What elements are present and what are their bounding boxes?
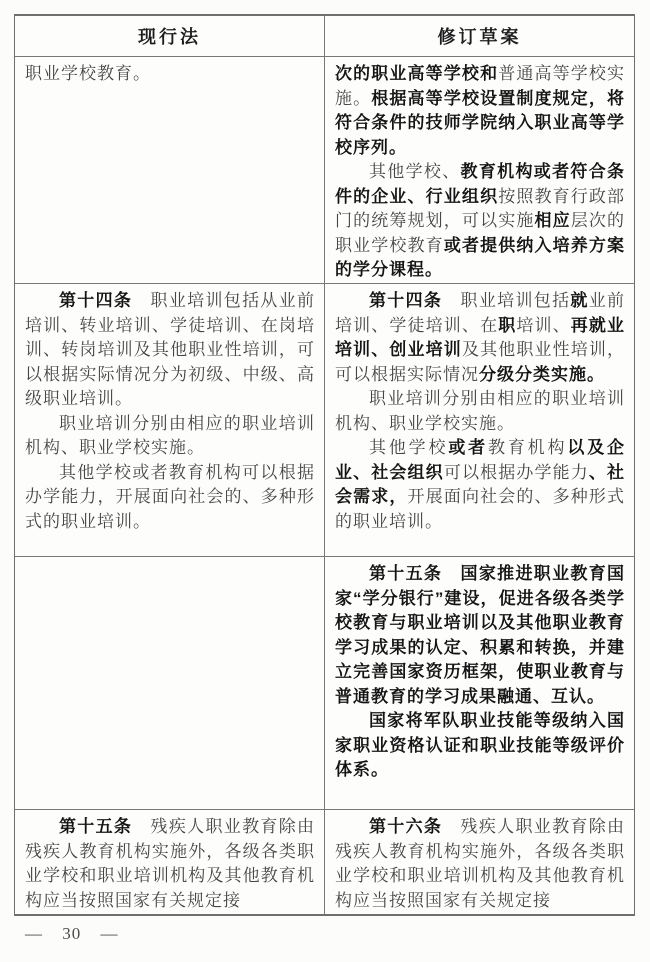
- table-row: 职业学校教育。次的职业高等学校和普通高等学校实施。根据高等学校设置制度规定，将符…: [15, 57, 634, 284]
- cell-current-law: 第十四条 职业培训包括从业前培训、转业培训、学徒培训、在岗培训、转岗培训及其他职…: [15, 284, 325, 556]
- text-segment: 培训、: [516, 316, 570, 335]
- text-segment: 教育机构: [488, 438, 567, 457]
- paragraph: 次的职业高等学校和普通高等学校实施。根据高等学校设置制度规定，将符合条件的技师学…: [335, 62, 625, 160]
- revised-text-segment: 职: [498, 316, 516, 335]
- document-page: 现行法 修订草案 职业学校教育。次的职业高等学校和普通高等学校实施。根据高等学校…: [0, 0, 650, 962]
- revised-text-segment: 相应: [534, 211, 570, 230]
- table-body: 职业学校教育。次的职业高等学校和普通高等学校实施。根据高等学校设置制度规定，将符…: [15, 57, 634, 914]
- table-row: 第十五条 国家推进职业教育国家“学分银行”建设，促进各级各类学校教育与职业培训以…: [15, 557, 634, 810]
- paragraph: 职业学校教育。: [25, 62, 315, 87]
- paragraph: 职业培训分别由相应的职业培训机构、职业学校实施。: [25, 412, 315, 461]
- text-segment: 职业培训分别由相应的职业培训机构、职业学校实施。: [25, 414, 315, 458]
- text-segment: 其他学校: [369, 438, 448, 457]
- paragraph: 第十四条 职业培训包括从业前培训、转业培训、学徒培训、在岗培训、转岗培训及其他职…: [25, 289, 315, 412]
- table-row: 第十四条 职业培训包括从业前培训、转业培训、学徒培训、在岗培训、转岗培训及其他职…: [15, 284, 634, 557]
- paragraph: 第十四条 职业培训包括就业前培训、学徒培训、在职培训、再就业培训、创业培训及其他…: [335, 289, 625, 387]
- cell-current-law: 第十五条 残疾人职业教育除由残疾人教育机构实施外，各级各类职业学校和职业培训机构…: [15, 810, 325, 914]
- text-segment: 可以根据办学能力: [444, 463, 589, 482]
- text-segment: 职业培训分别由相应的职业培训机构、职业学校实施。: [335, 389, 625, 433]
- text-segment: 职业学校教育。: [25, 64, 151, 83]
- revised-text-segment: 第十五条 国家推进职业教育国家“学分银行”建设，促进各级各类学校教育与职业培训以…: [335, 564, 625, 706]
- header-revision-draft-label: 修订草案: [438, 23, 522, 49]
- paragraph: 第十五条 残疾人职业教育除由残疾人教育机构实施外，各级各类职业学校和职业培训机构…: [25, 815, 315, 913]
- text-segment: 其他学校、: [369, 162, 461, 181]
- paragraph: 其他学校、教育机构或者符合条件的企业、行业组织按照教育行政部门的统筹规划，可以实…: [335, 160, 625, 283]
- revised-text-segment: 国家将军队职业技能等级纳入国家职业资格认证和职业技能等级评价体系。: [335, 711, 625, 779]
- cell-current-law: 职业学校教育。: [15, 57, 325, 283]
- revised-text-segment: 或者: [448, 438, 488, 457]
- table-header-row: 现行法 修订草案: [15, 16, 634, 57]
- revised-text-segment: 第十五条: [59, 817, 132, 836]
- cell-revision-draft: 次的职业高等学校和普通高等学校实施。根据高等学校设置制度规定，将符合条件的技师学…: [325, 57, 634, 283]
- cell-revision-draft: 第十五条 国家推进职业教育国家“学分银行”建设，促进各级各类学校教育与职业培训以…: [325, 557, 634, 809]
- header-current-law: 现行法: [15, 16, 325, 56]
- text-segment: 职业培训包括: [442, 291, 570, 310]
- revised-text-segment: 次的职业高等学校和: [335, 64, 498, 83]
- cell-revision-draft: 第十六条 残疾人职业教育除由残疾人教育机构实施外，各级各类职业学校和职业培训机构…: [325, 810, 634, 914]
- revised-text-segment: 就: [570, 291, 588, 310]
- revised-text-segment: 第十四条: [59, 291, 132, 310]
- paragraph: 国家将军队职业技能等级纳入国家职业资格认证和职业技能等级评价体系。: [335, 709, 625, 783]
- revised-text-segment: 分级分类实施。: [479, 365, 605, 384]
- paragraph: 第十五条 国家推进职业教育国家“学分银行”建设，促进各级各类学校教育与职业培训以…: [335, 562, 625, 709]
- page-number: — 30 —: [25, 924, 119, 944]
- revised-text-segment: 第十六条: [369, 817, 442, 836]
- comparison-table: 现行法 修订草案 职业学校教育。次的职业高等学校和普通高等学校实施。根据高等学校…: [14, 14, 635, 916]
- table-row: 第十五条 残疾人职业教育除由残疾人教育机构实施外，各级各类职业学校和职业培训机构…: [15, 810, 634, 914]
- paragraph: 职业培训分别由相应的职业培训机构、职业学校实施。: [335, 387, 625, 436]
- paragraph: 其他学校或者教育机构可以根据办学能力，开展面向社会的、多种形式的职业培训。: [25, 461, 315, 535]
- header-revision-draft: 修订草案: [325, 16, 634, 56]
- header-current-law-label: 现行法: [138, 23, 201, 49]
- paragraph: 第十六条 残疾人职业教育除由残疾人教育机构实施外，各级各类职业学校和职业培训机构…: [335, 815, 625, 913]
- paragraph: 其他学校或者教育机构以及企业、社会组织可以根据办学能力、社会需求，开展面向社会的…: [335, 436, 625, 534]
- revised-text-segment: 第十四条: [369, 291, 442, 310]
- text-segment: 其他学校或者教育机构可以根据办学能力，开展面向社会的、多种形式的职业培训。: [25, 463, 315, 531]
- cell-current-law: [15, 557, 325, 809]
- cell-revision-draft: 第十四条 职业培训包括就业前培训、学徒培训、在职培训、再就业培训、创业培训及其他…: [325, 284, 634, 556]
- revised-text-segment: 根据高等学校设置制度规定，将符合条件的技师学院纳入职业高等学校序列。: [335, 89, 625, 157]
